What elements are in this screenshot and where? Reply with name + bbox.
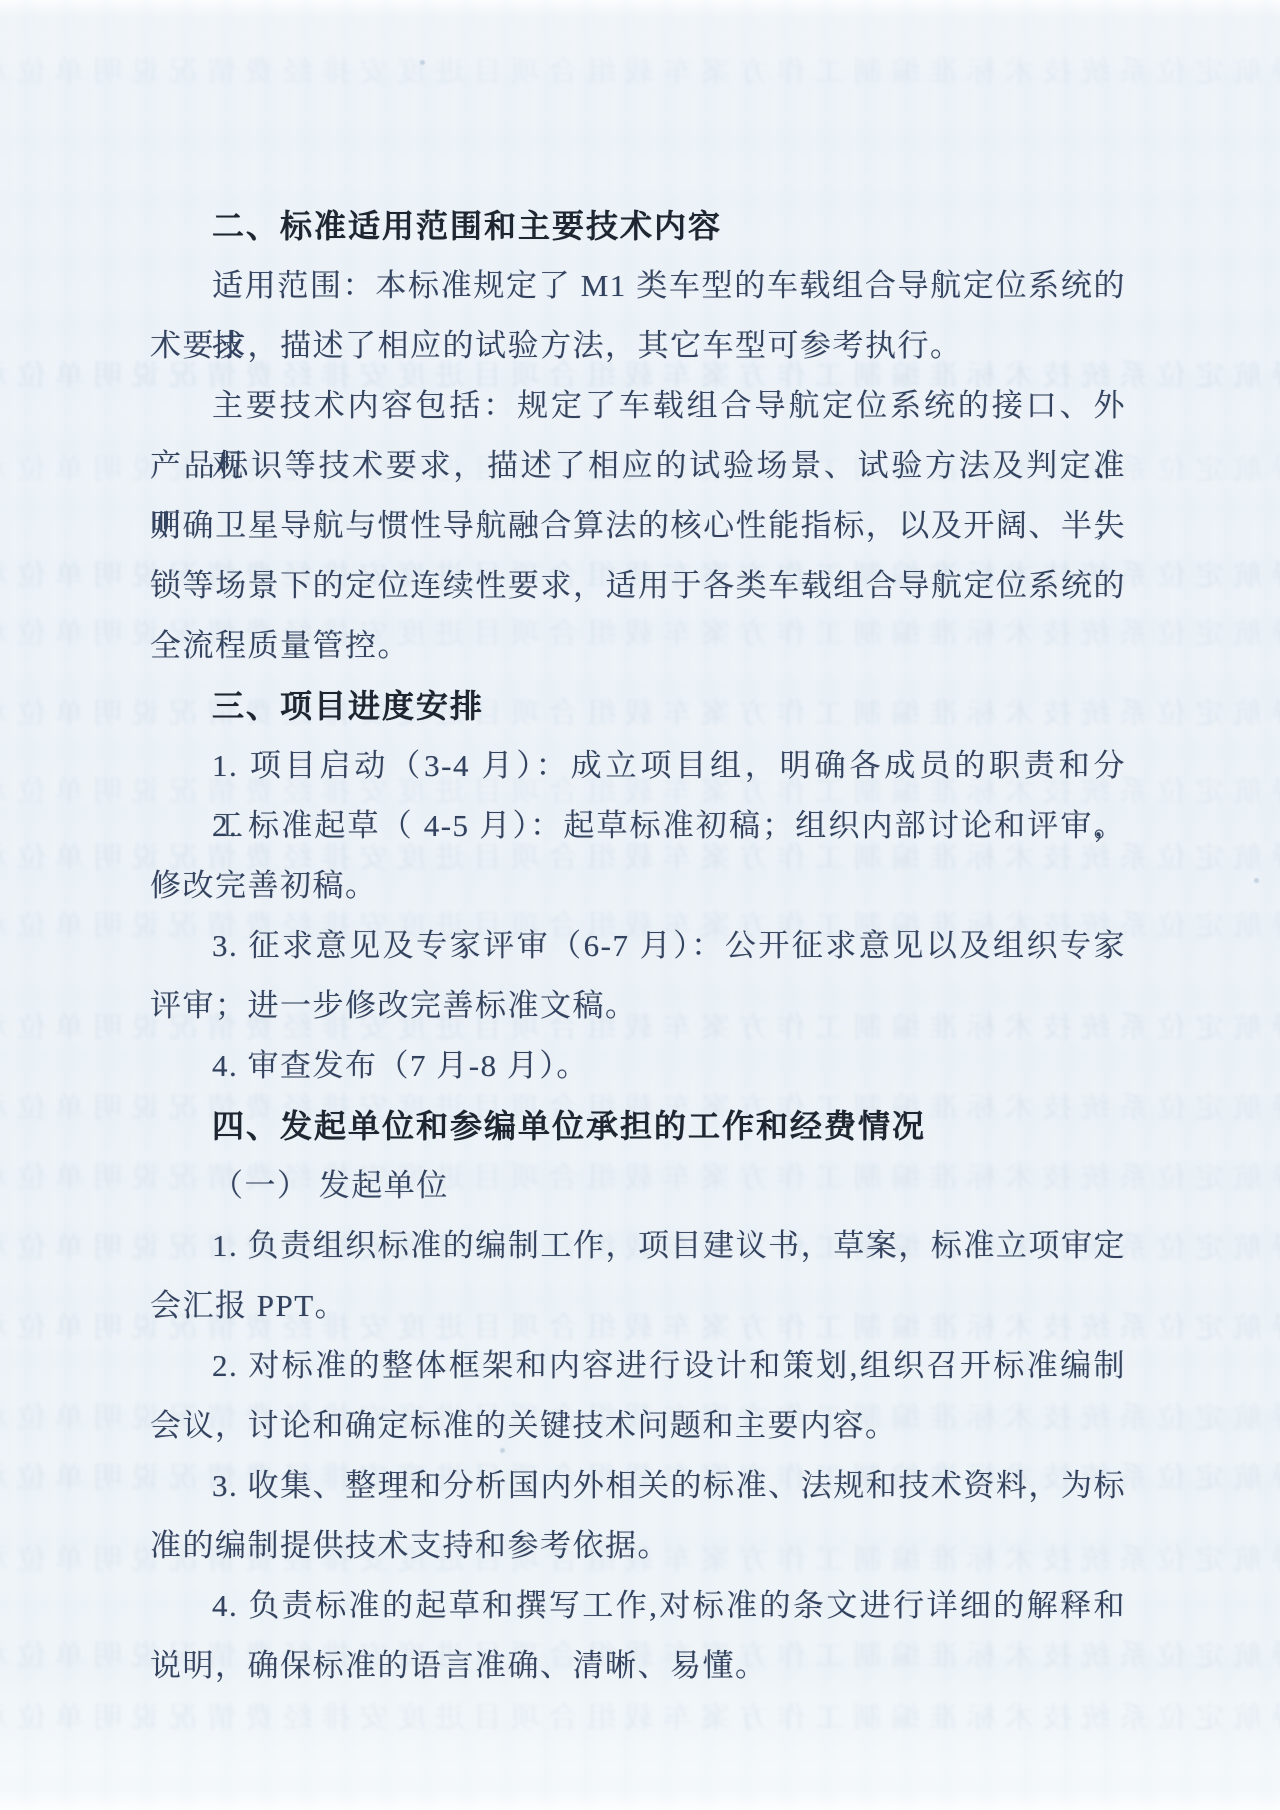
body-line: 2. 标准起草（ 4-5 月）：起草标准初稿；组织内部讨论和评审， — [150, 796, 1126, 856]
body-line: 1. 项目启动（3-4 月）：成立项目组，明确各成员的职责和分工。 — [150, 736, 1126, 796]
body-line: 1. 负责组织标准的编制工作，项目建议书，草案，标准立项审定 — [150, 1216, 1126, 1276]
heading-line: 三、项目进度安排 — [150, 676, 1126, 736]
body-line: 全流程质量管控。 — [150, 616, 1126, 676]
body-line: 3. 收集、整理和分析国内外相关的标准、法规和技术资料，为标 — [150, 1456, 1126, 1516]
body-line: 评审；进一步修改完善标准文稿。 — [150, 976, 1126, 1036]
body-line: 4. 负责标准的起草和撰写工作,对标准的条文进行详细的解释和 — [150, 1576, 1126, 1636]
body-line: 2. 对标准的整体框架和内容进行设计和策划,组织召开标准编制 — [150, 1336, 1126, 1396]
scan-speck — [420, 60, 425, 65]
body-line: 产品标识等技术要求，描述了相应的试验场景、试验方法及判定准则； — [150, 436, 1126, 496]
body-line: （一） 发起单位 — [150, 1156, 1126, 1216]
body-line: 锁等场景下的定位连续性要求，适用于各类车载组合导航定位系统的 — [150, 556, 1126, 616]
body-line: 明确卫星导航与惯性导航融合算法的核心性能指标，以及开阔、半失 — [150, 496, 1126, 556]
body-line: 说明，确保标准的语言准确、清晰、易懂。 — [150, 1636, 1126, 1696]
scan-speck — [1254, 878, 1259, 883]
heading-line: 四、发起单位和参编单位承担的工作和经费情况 — [150, 1096, 1126, 1156]
bleedthrough-row: 导航定位系统技术标准编制工作方案车载组合项目进度安排经费情况说明单位承担 — [0, 52, 1280, 92]
heading-line: 二、标准适用范围和主要技术内容 — [150, 196, 1126, 256]
body-line: 会议，讨论和确定标准的关键技术问题和主要内容。 — [150, 1396, 1126, 1456]
body-line: 适用范围：本标准规定了 M1 类车型的车载组合导航定位系统的技 — [150, 256, 1126, 316]
body-line: 准的编制提供技术支持和参考依据。 — [150, 1516, 1126, 1576]
bleedthrough-row: 导航定位系统技术标准编制工作方案车载组合项目进度安排经费情况说明单位承担 — [0, 1698, 1280, 1738]
body-line: 主要技术内容包括：规定了车载组合导航定位系统的接口、外观、 — [150, 376, 1126, 436]
scanned-document-page: 导航定位系统技术标准编制工作方案车载组合项目进度安排经费情况说明单位承担导航定位… — [0, 0, 1280, 1810]
body-line: 会汇报 PPT。 — [150, 1276, 1126, 1336]
body-line: 4. 审查发布（7 月-8 月）。 — [150, 1036, 1126, 1096]
body-line: 修改完善初稿。 — [150, 856, 1126, 916]
body-line: 3. 征求意见及专家评审（6-7 月）：公开征求意见以及组织专家 — [150, 916, 1126, 976]
body-line: 术要求，描述了相应的试验方法，其它车型可参考执行。 — [150, 316, 1126, 376]
document-text: 二、标准适用范围和主要技术内容适用范围：本标准规定了 M1 类车型的车载组合导航… — [150, 196, 1126, 1696]
